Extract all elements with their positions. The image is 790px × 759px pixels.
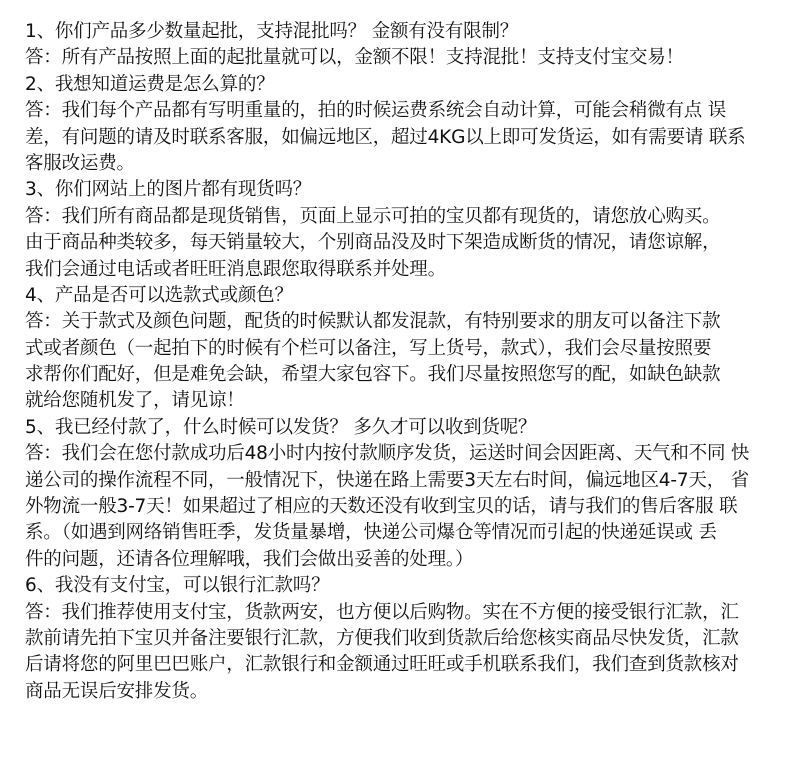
faq-answer-line: 答：我们所有商品都是现货销售，页面上显示可拍的宝贝都有现货的，请您放心购买。 [25,204,775,230]
faq-answer-line: 式或者颜色（一起拍下的时候有个栏可以备注，写上货号，款式），我们会尽量按照要 [25,336,775,362]
faq-question: 6、我没有支付宝，可以银行汇款吗？ [25,573,775,599]
faq-item-6: 6、我没有支付宝，可以银行汇款吗？ 答：我们推荐使用支付宝，货款两安，也方便以后… [25,573,775,705]
faq-question: 5、我已经付款了，什么时候可以发货？ 多久才可以收到货呢？ [25,415,775,441]
faq-document: 1、你们产品多少数量起批，支持混批吗？ 金额有没有限制？ 答：所有产品按照上面的… [25,19,775,705]
faq-question: 4、产品是否可以选款式或颜色？ [25,283,775,309]
faq-answer-line: 求帮你们配好，但是难免会缺，希望大家包容下。我们尽量按照您写的配，如缺色缺款 [25,362,775,388]
faq-answer-line: 由于商品种类较多，每天销量较大，个别商品没及时下架造成断货的情况，请您谅解， [25,230,775,256]
faq-answer-line: 件的问题，还请各位理解哦，我们会做出妥善的处理。） [25,547,775,573]
faq-item-1: 1、你们产品多少数量起批，支持混批吗？ 金额有没有限制？ 答：所有产品按照上面的… [25,19,775,72]
faq-item-5: 5、我已经付款了，什么时候可以发货？ 多久才可以收到货呢？ 答：我们会在您付款成… [25,415,775,573]
faq-item-4: 4、产品是否可以选款式或颜色？ 答：关于款式及颜色问题，配货的时候默认都发混款，… [25,283,775,415]
faq-answer-line: 客服改运费。 [25,151,775,177]
faq-answer-line: 答：我们会在您付款成功后48小时内按付款顺序发货，运送时间会因距离、天气和不同 … [25,441,775,467]
faq-answer-line: 后请将您的阿里巴巴账户，汇款银行和金额通过旺旺或手机联系我们，我们查到货款核对 [25,652,775,678]
faq-question: 3、你们网站上的图片都有现货吗？ [25,177,775,203]
faq-answer-line: 款前请先拍下宝贝并备注要银行汇款，方便我们收到货款后给您核实商品尽快发货，汇款 [25,626,775,652]
faq-answer-line: 答：所有产品按照上面的起批量就可以，金额不限！支持混批！支持支付宝交易！ [25,45,775,71]
faq-answer-line: 递公司的操作流程不同，一般情况下，快递在路上需要3天左右时间，偏远地区4-7天，… [25,468,775,494]
faq-answer-line: 系。（如遇到网络销售旺季，发货量暴增，快递公司爆仓等情况而引起的快递延误或 丢 [25,520,775,546]
faq-answer-line: 我们会通过电话或者旺旺消息跟您取得联系并处理。 [25,257,775,283]
faq-answer-line: 答：关于款式及颜色问题，配货的时候默认都发混款，有特别要求的朋友可以备注下款 [25,309,775,335]
faq-question: 1、你们产品多少数量起批，支持混批吗？ 金额有没有限制？ [25,19,775,45]
faq-answer-line: 就给您随机发了，请见谅！ [25,388,775,414]
faq-answer-line: 外物流一般3-7天！如果超过了相应的天数还没有收到宝贝的话，请与我们的售后客服 … [25,494,775,520]
faq-answer-line: 答：我们每个产品都有写明重量的，拍的时候运费系统会自动计算，可能会稍微有点 误 [25,98,775,124]
faq-question: 2、我想知道运费是怎么算的？ [25,72,775,98]
faq-item-2: 2、我想知道运费是怎么算的？ 答：我们每个产品都有写明重量的，拍的时候运费系统会… [25,72,775,178]
faq-answer-line: 差，有问题的请及时联系客服，如偏远地区，超过4KG以上即可发货运，如有需要请 联… [25,125,775,151]
faq-item-3: 3、你们网站上的图片都有现货吗？ 答：我们所有商品都是现货销售，页面上显示可拍的… [25,177,775,283]
faq-answer-line: 答：我们推荐使用支付宝，货款两安，也方便以后购物。实在不方便的接受银行汇款，汇 [25,600,775,626]
faq-answer-line: 商品无误后安排发货。 [25,679,775,705]
